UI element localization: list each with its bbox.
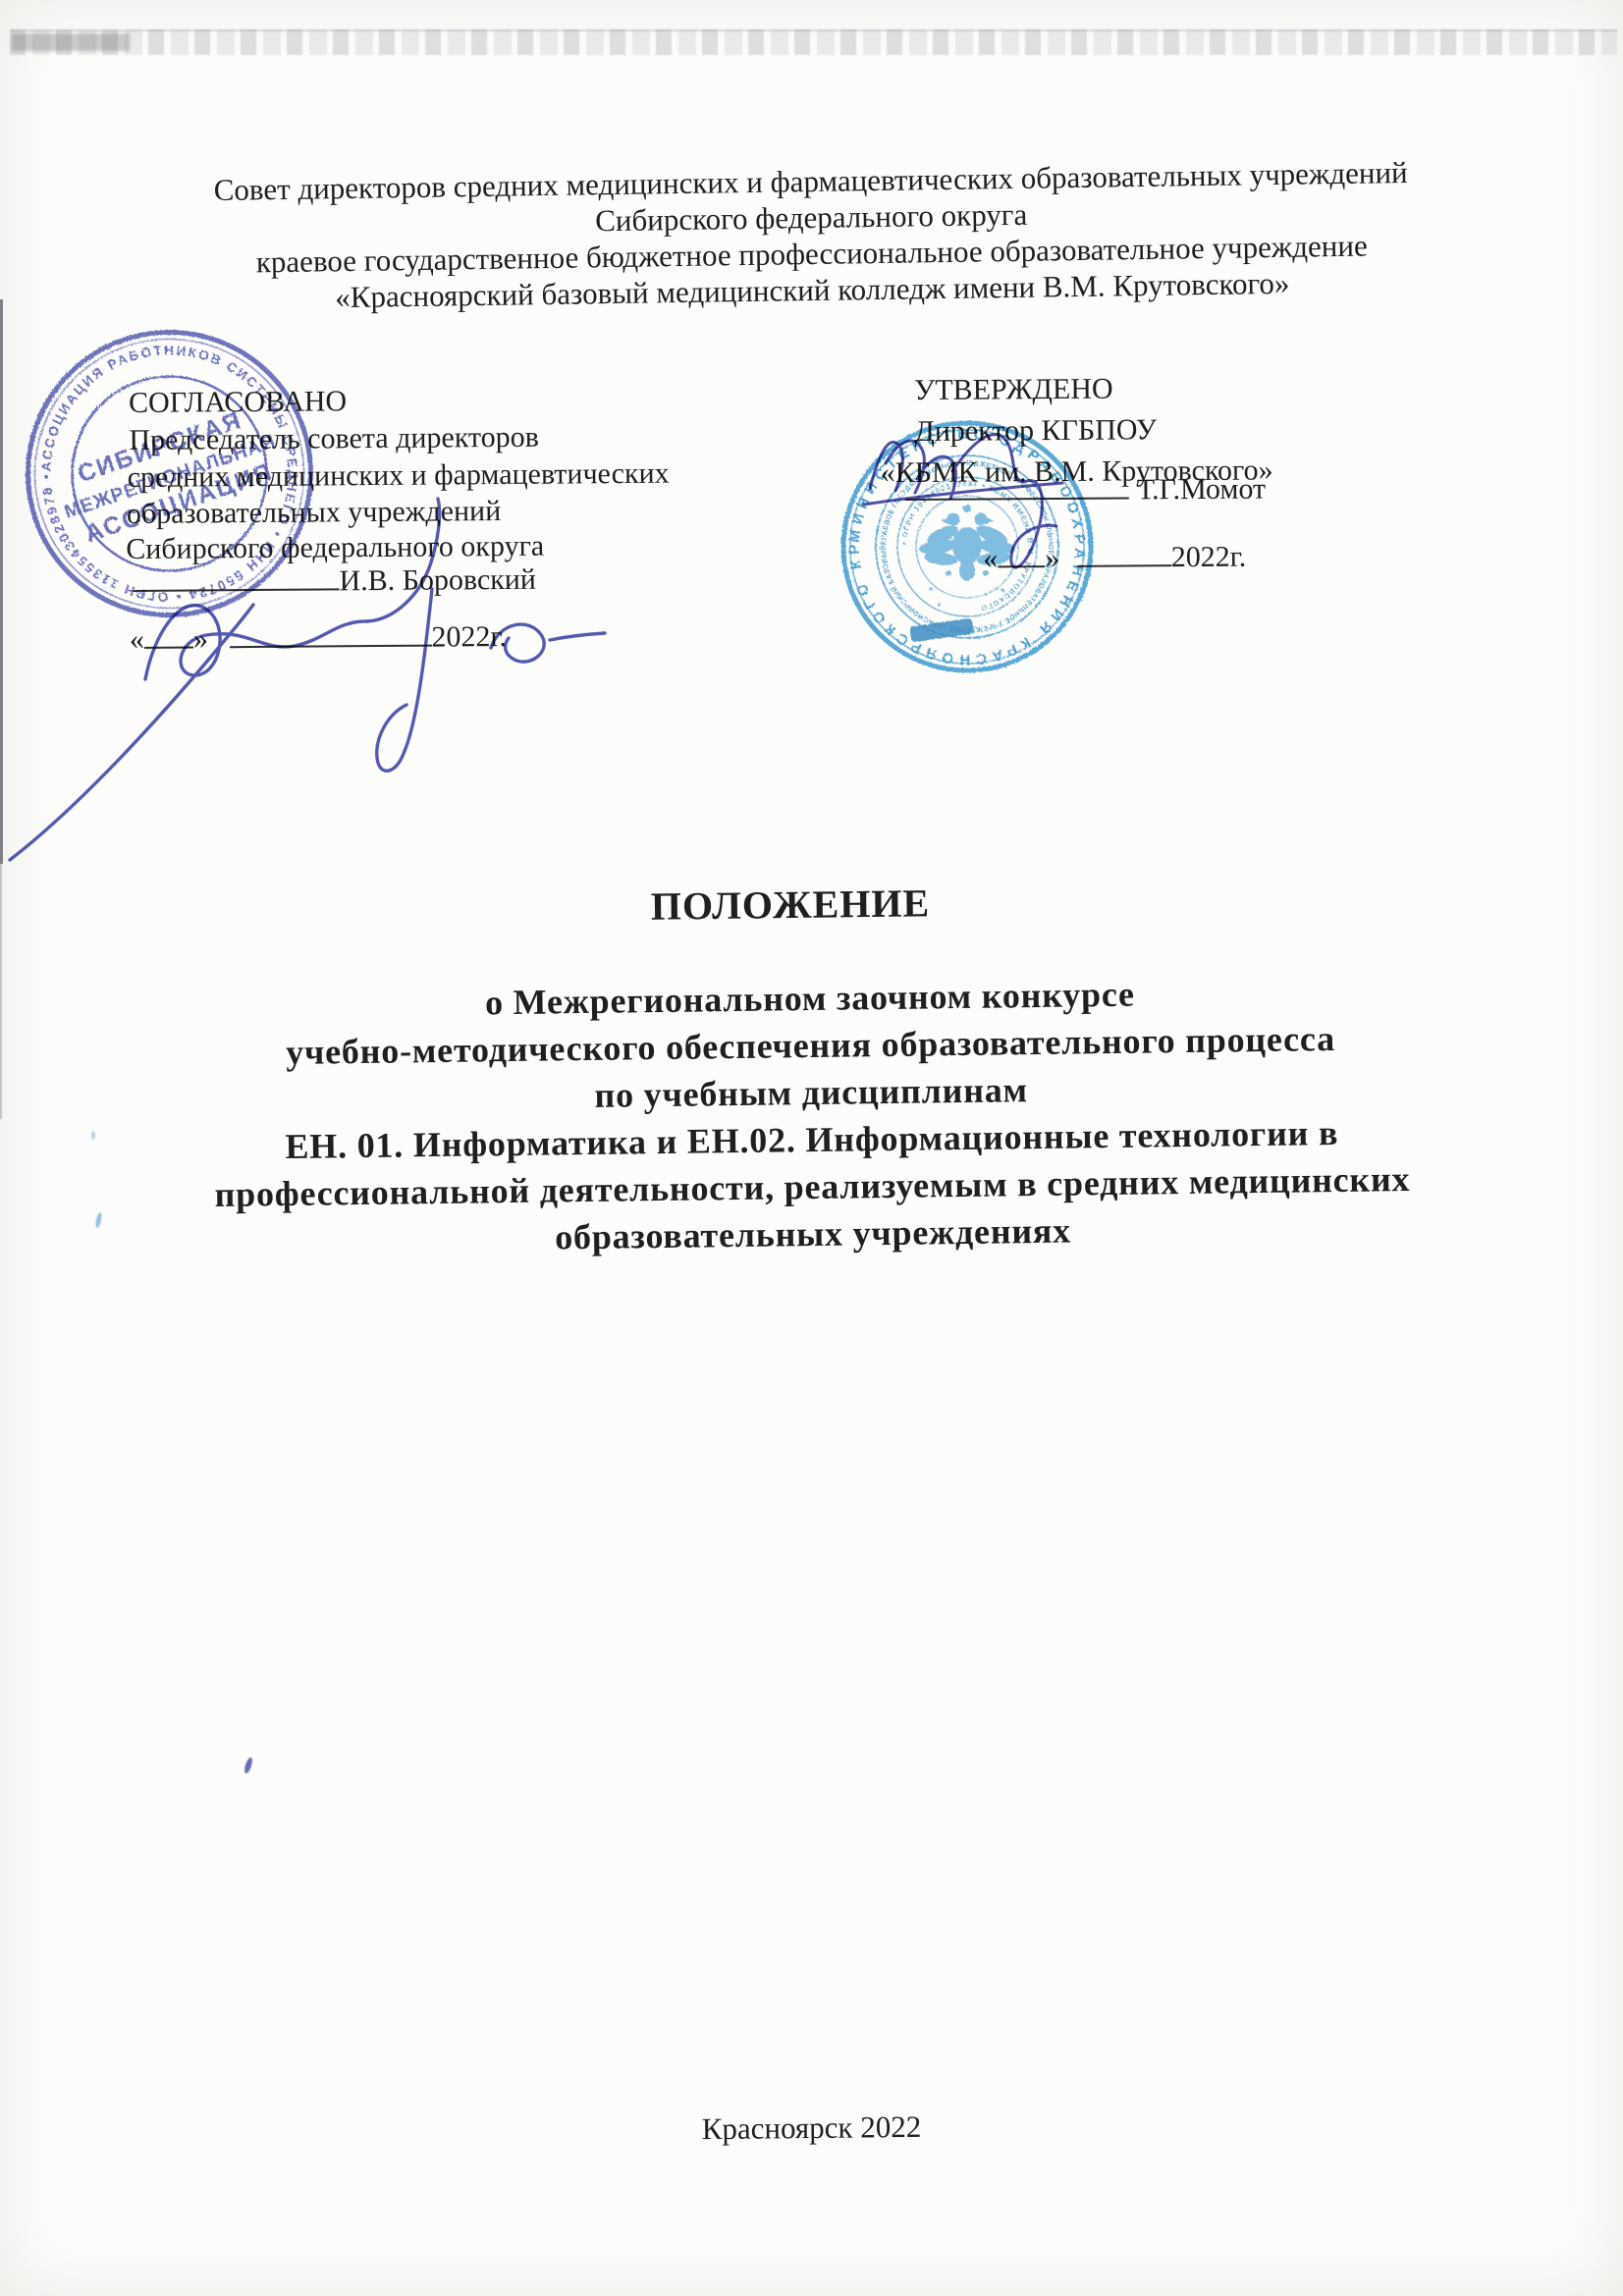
document-title: ПОЛОЖЕНИЕ bbox=[0, 872, 1581, 937]
ink-speck bbox=[243, 1756, 254, 1774]
agreed-label: СОГЛАСОВАНО bbox=[129, 383, 347, 422]
quote-close: » bbox=[1045, 542, 1059, 574]
stamp-inner-ring-text: КРАЕВОЕ ГОСУДАРСТВЕННОЕ БЮДЖЕТНОЕ ПРОФЕС… bbox=[839, 418, 1055, 635]
approved-label: УТВЕРЖДЕНО bbox=[914, 371, 1113, 409]
agreed-line: образовательных учреждений bbox=[127, 493, 502, 533]
agreed-line: средних медицинских и фармацевтических bbox=[128, 455, 670, 497]
svg-text:*: * bbox=[1001, 586, 1005, 600]
scanner-noise-blob bbox=[12, 33, 130, 51]
scanned-document-page: Совет директоров средних медицинских и ф… bbox=[0, 0, 1623, 2296]
agreed-year: 2022г. bbox=[431, 620, 507, 654]
page-edge-artifact bbox=[0, 299, 3, 864]
date-day-blank bbox=[144, 645, 193, 648]
approved-year: 2022г. bbox=[1171, 541, 1247, 574]
signature-blank-line bbox=[134, 587, 340, 592]
ink-speck bbox=[91, 1131, 95, 1140]
agreed-line: Председатель совета директоров bbox=[129, 419, 539, 459]
svg-text:*: * bbox=[929, 584, 934, 598]
agreed-signature-line: И.В. Боровский bbox=[133, 561, 536, 602]
footer-city-year: Красноярск 2022 bbox=[0, 2102, 1623, 2154]
approved-signature-line: Т.Г.Момот bbox=[905, 470, 1267, 510]
date-month-blank bbox=[230, 644, 432, 649]
svg-text:КРАЕВОЕ ГОСУДАРСТВЕННОЕ БЮДЖЕТ: КРАЕВОЕ ГОСУДАРСТВЕННОЕ БЮДЖЕТНОЕ ПРОФЕС… bbox=[839, 418, 1055, 635]
scanner-noise-band bbox=[10, 29, 1617, 55]
document-subtitle: о Межрегиональном заочном конкурсе учебн… bbox=[0, 964, 1623, 1268]
quote-close: » bbox=[193, 622, 208, 655]
stamp-ink-smudge bbox=[909, 618, 974, 643]
quote-open: « bbox=[130, 623, 144, 656]
date-day-blank bbox=[998, 564, 1045, 567]
agreed-signer-name: И.В. Боровский bbox=[339, 563, 536, 598]
approved-signer-name: Т.Г.Момот bbox=[1137, 472, 1267, 506]
date-month-blank bbox=[1077, 563, 1171, 567]
svg-text:*: * bbox=[937, 600, 942, 614]
agreed-date-line: «» 2022г. bbox=[130, 618, 507, 659]
signature-blank-line bbox=[905, 496, 1129, 501]
quote-open: « bbox=[983, 542, 998, 574]
organization-header: Совет директоров средних медицинских и ф… bbox=[0, 151, 1623, 321]
approved-date-line: «» 2022г. bbox=[983, 539, 1246, 578]
stamp-star-marks: *** bbox=[929, 584, 1005, 614]
approved-line: Директор КГБПОУ bbox=[914, 411, 1157, 451]
